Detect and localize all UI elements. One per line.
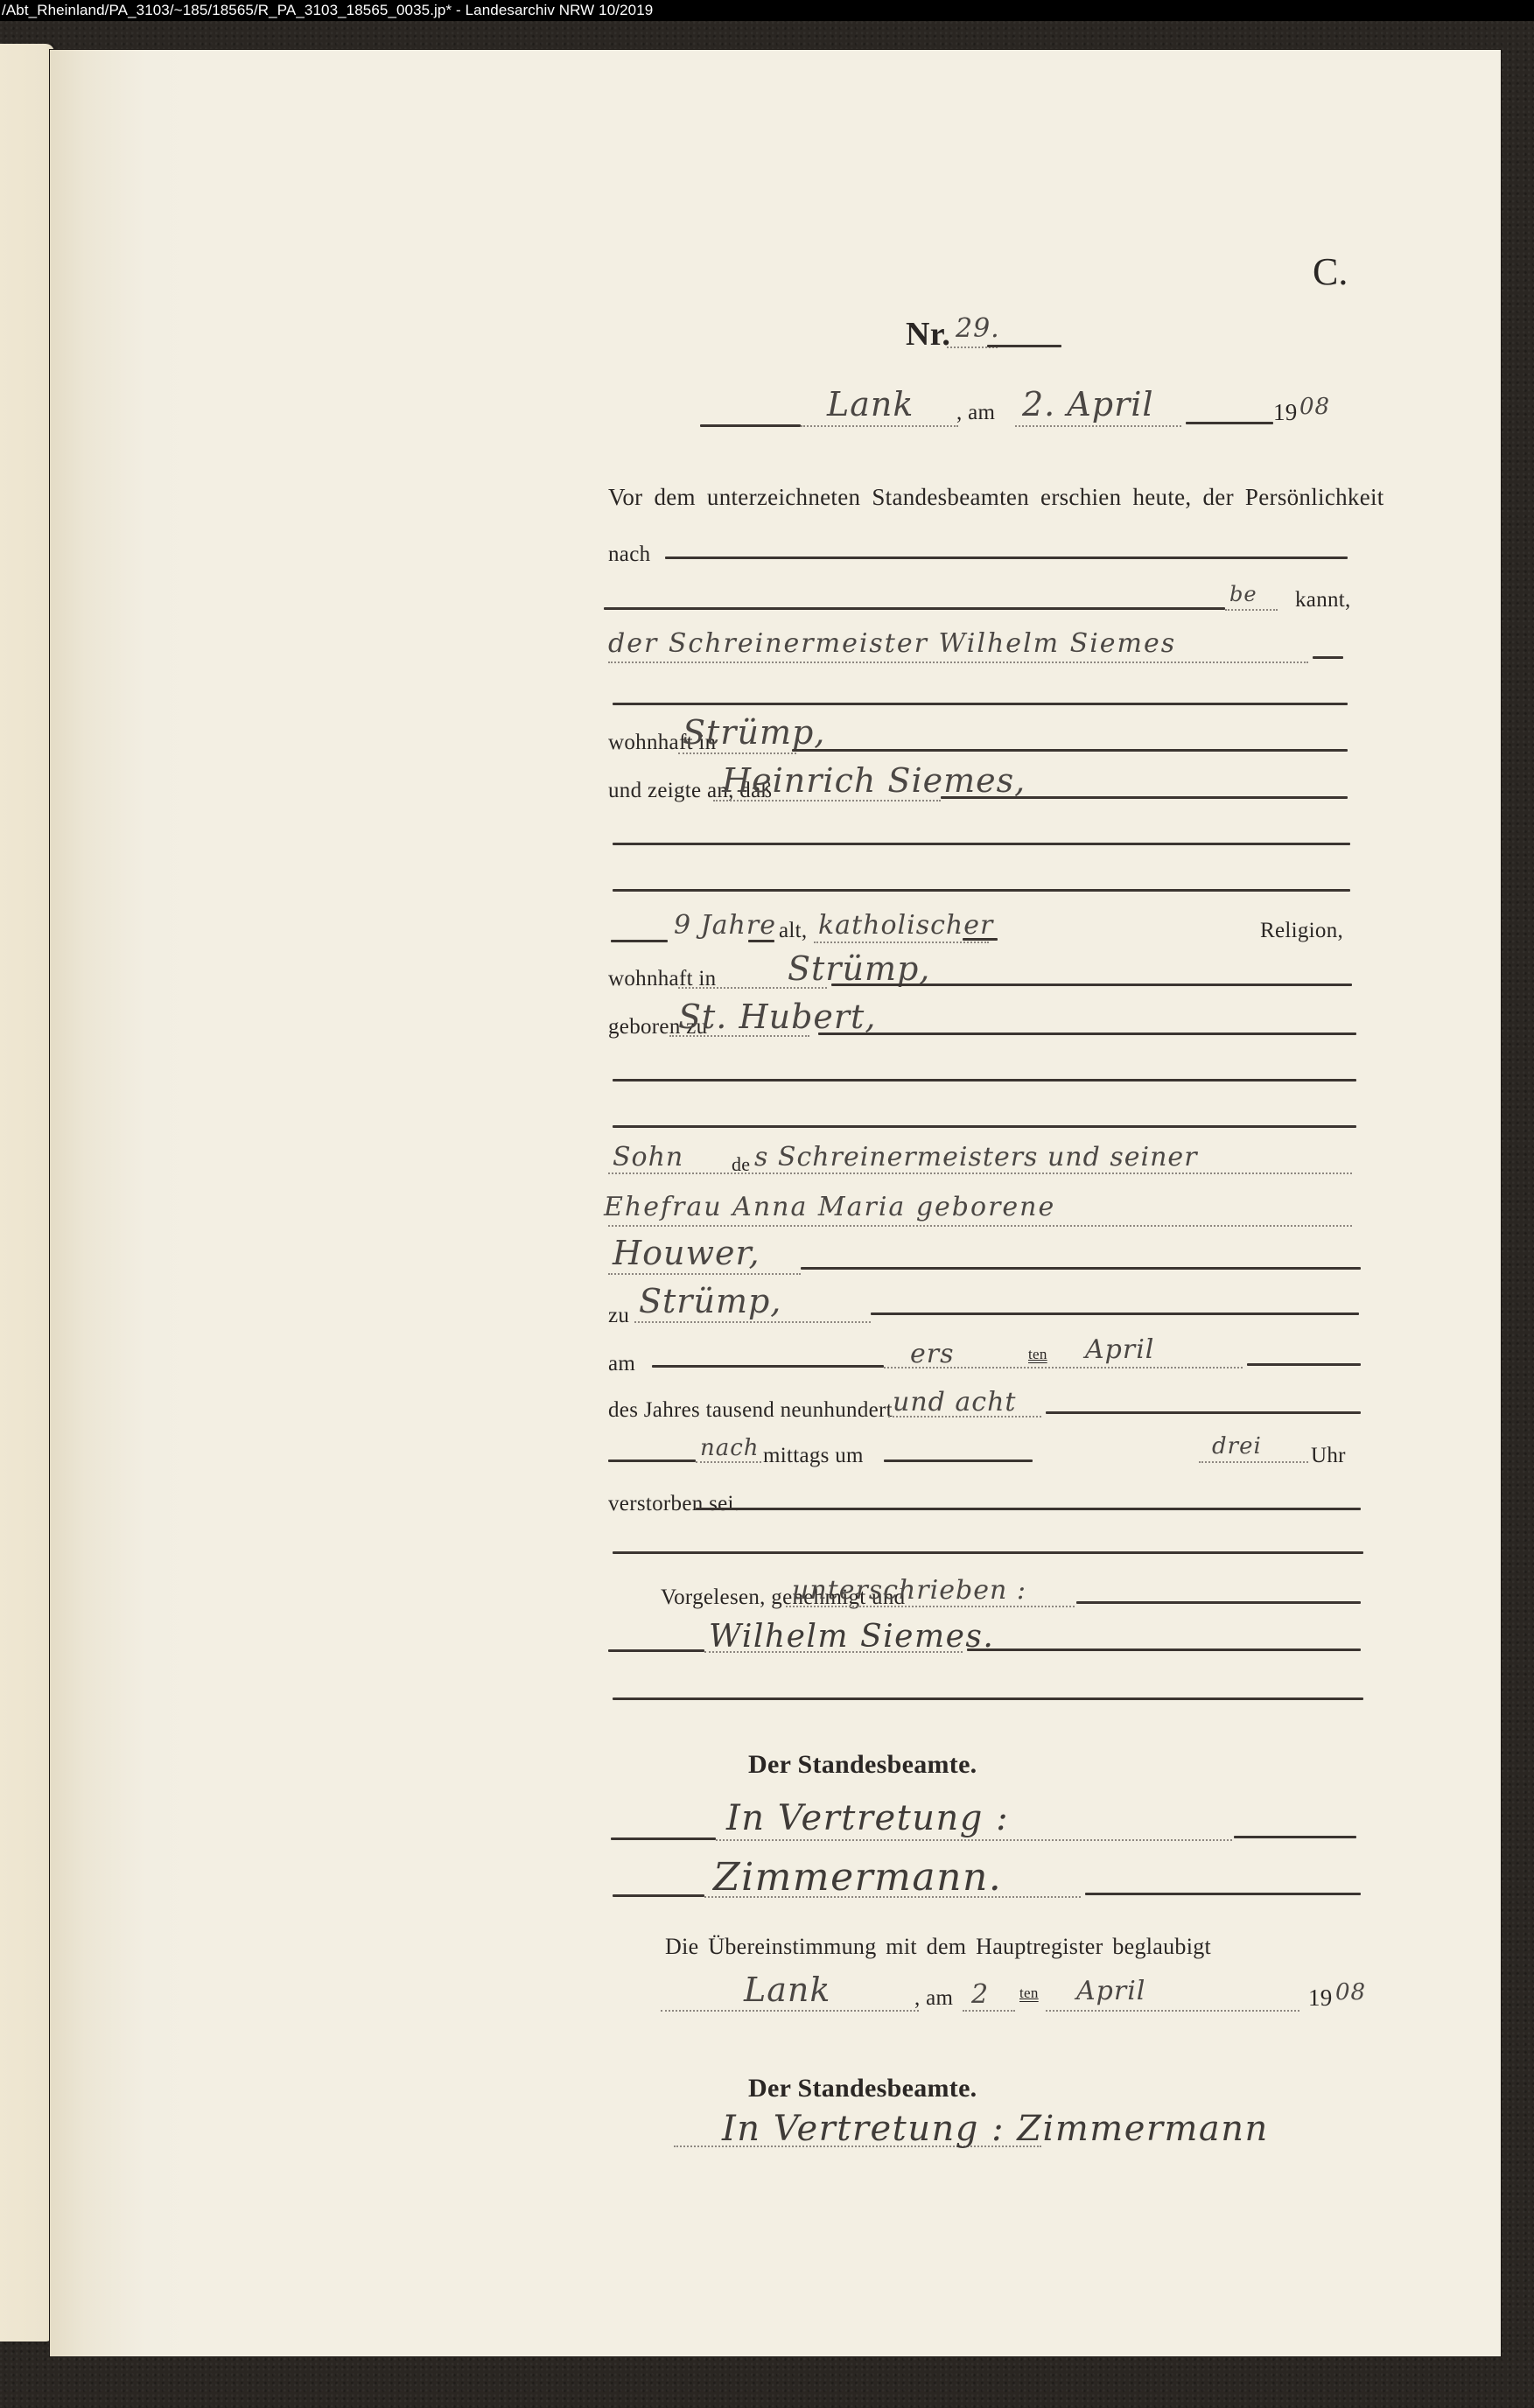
cert-place-dots	[661, 2010, 919, 2012]
window-title-bar: /Abt_Rheinland/PA_3103/~185/18565/R_PA_3…	[0, 0, 1534, 21]
religion-end-line	[963, 938, 998, 941]
nach-label: nach	[608, 542, 650, 567]
parents-dots-1	[608, 1172, 1352, 1174]
deceased-residence: Strümp,	[788, 949, 930, 988]
official1-leading-line	[611, 1837, 716, 1840]
record-number-label: Nr.	[906, 315, 950, 353]
certification-text: Die Übereinstimmung mit dem Hauptregiste…	[665, 1934, 1211, 1960]
parents-line3-rule	[801, 1267, 1361, 1270]
residence2-line	[831, 983, 1352, 986]
cert-year-suffix: 08	[1335, 1979, 1366, 2005]
mittags-label: mittags um	[763, 1444, 864, 1468]
form-letter: C.	[1313, 249, 1348, 294]
parents-relation: Sohn	[613, 1142, 683, 1172]
death-day: ers	[910, 1339, 955, 1369]
header-am-label: , am	[956, 401, 995, 425]
informant-residence: Strümp,	[683, 713, 825, 752]
verstorben-line	[696, 1508, 1361, 1510]
parents-line3: Houwer,	[613, 1234, 760, 1272]
kannt-line	[604, 607, 1225, 610]
parents-residence: Strümp,	[639, 1282, 781, 1320]
official-title-1: Der Standesbeamte.	[748, 1750, 977, 1780]
residence-dots	[678, 752, 796, 754]
deceased-line	[941, 796, 1348, 799]
cert-day-dots	[963, 2010, 1015, 2012]
informant-end-line	[1313, 656, 1343, 659]
death-year-words: und acht	[893, 1387, 1016, 1417]
record-number-value: 29.	[956, 313, 1000, 344]
noon-dots	[696, 1461, 761, 1463]
kannt-label: kannt,	[1295, 588, 1351, 612]
header-year-prefix: 19	[1273, 399, 1298, 426]
age-value: 9 Jahre	[674, 910, 776, 941]
age-leading-line	[611, 940, 668, 942]
blank-line-3	[613, 889, 1350, 892]
hour-value: drei	[1212, 1433, 1262, 1459]
religion-label: Religion,	[1260, 919, 1343, 943]
death-month: April	[1085, 1334, 1154, 1365]
jahres-label: des Jahres tausend neunhundert	[608, 1398, 893, 1423]
vorgelesen-value: unterschrieben :	[792, 1575, 1026, 1606]
header-year-suffix: 08	[1299, 394, 1330, 420]
official1-line	[1234, 1836, 1356, 1838]
header-place: Lank	[827, 385, 914, 423]
deceased-name: Heinrich Siemes,	[722, 761, 1026, 800]
parents-line2: Ehefrau Anna Maria geborene	[604, 1192, 1055, 1222]
facing-page-edge	[0, 44, 54, 2341]
zu-dots	[634, 1321, 871, 1323]
noon-leading-line	[608, 1459, 696, 1462]
vorgelesen-dots	[786, 1606, 1075, 1607]
religion-value: katholischer	[818, 910, 993, 941]
cert-month-dots	[1046, 2010, 1299, 2012]
official-signature-1: Zimmermann.	[713, 1855, 1002, 1900]
month-line	[1247, 1363, 1361, 1366]
religion-dots	[814, 941, 989, 943]
header-leading-line	[700, 424, 801, 427]
age-end-line	[748, 940, 774, 942]
official-vertretung-1: In Vertretung :	[726, 1798, 1009, 1838]
year-words-line	[1046, 1411, 1361, 1414]
uhr-label: Uhr	[1311, 1444, 1346, 1468]
official1-dots	[716, 1839, 1232, 1841]
blank-line-2	[613, 843, 1350, 845]
header-date: 2. April	[1022, 385, 1154, 423]
parents-printed-de: de	[732, 1153, 750, 1176]
blank-line-7	[613, 1697, 1363, 1700]
zu-label: zu	[608, 1304, 629, 1328]
ten-label: ten	[1028, 1346, 1047, 1363]
verstorben-label: verstorben sei.	[608, 1492, 739, 1516]
alt-label: alt,	[779, 919, 807, 943]
birthplace-line	[818, 1032, 1356, 1035]
header-date-line	[1186, 422, 1273, 424]
official1-sig-leading-line	[613, 1894, 704, 1897]
blank-line-1	[613, 703, 1348, 705]
kannt-dots	[1225, 609, 1278, 611]
hour-dots	[1199, 1461, 1308, 1463]
am-label: am	[608, 1352, 635, 1376]
birthplace: St. Hubert,	[678, 997, 876, 1036]
kannt-hand: be	[1229, 582, 1257, 606]
informant-sig-line	[967, 1648, 1361, 1651]
informant-sig-leading-line	[608, 1649, 704, 1652]
cert-ten-label: ten	[1019, 1984, 1039, 2002]
noon-value: nach	[700, 1435, 760, 1461]
vorgelesen-line	[1076, 1601, 1361, 1604]
informant-signature: Wilhelm Siemes.	[709, 1619, 994, 1655]
record-number-line	[987, 345, 1061, 347]
official-title-2: Der Standesbeamte.	[748, 2074, 977, 2103]
official-signature-2: In Vertretung : Zimmermann	[722, 2109, 1269, 2149]
parents-dots-2	[608, 1225, 1352, 1227]
blank-line-6	[613, 1551, 1363, 1554]
cert-month: April	[1076, 1976, 1145, 2006]
informant-name: der Schreinermeister Wilhelm Siemes	[608, 628, 1176, 659]
blank-line-4	[613, 1079, 1356, 1081]
am-line	[652, 1365, 884, 1368]
parents-dots-3	[608, 1273, 801, 1275]
informant-dots	[608, 661, 1308, 663]
hour-line	[884, 1459, 1033, 1462]
deceased-dots	[713, 800, 941, 801]
cert-day: 2	[971, 1979, 989, 2010]
parents-line1: s Schreinermeisters und seiner	[754, 1142, 1198, 1172]
cert-year-prefix: 19	[1308, 1984, 1333, 2012]
zu-line	[871, 1312, 1359, 1315]
cert-place: Lank	[744, 1970, 830, 2009]
residence-line	[792, 749, 1348, 752]
nach-line	[665, 556, 1348, 559]
header-date-dots	[1015, 425, 1181, 427]
intro-text: Vor dem unterzeichneten Standesbeamten e…	[608, 484, 1384, 511]
official1-sig-line	[1085, 1893, 1361, 1895]
cert-am-label: , am	[914, 1986, 953, 2011]
header-place-dots	[801, 425, 958, 427]
blank-line-5	[613, 1125, 1356, 1128]
window-title: /Abt_Rheinland/PA_3103/~185/18565/R_PA_3…	[2, 2, 653, 18]
